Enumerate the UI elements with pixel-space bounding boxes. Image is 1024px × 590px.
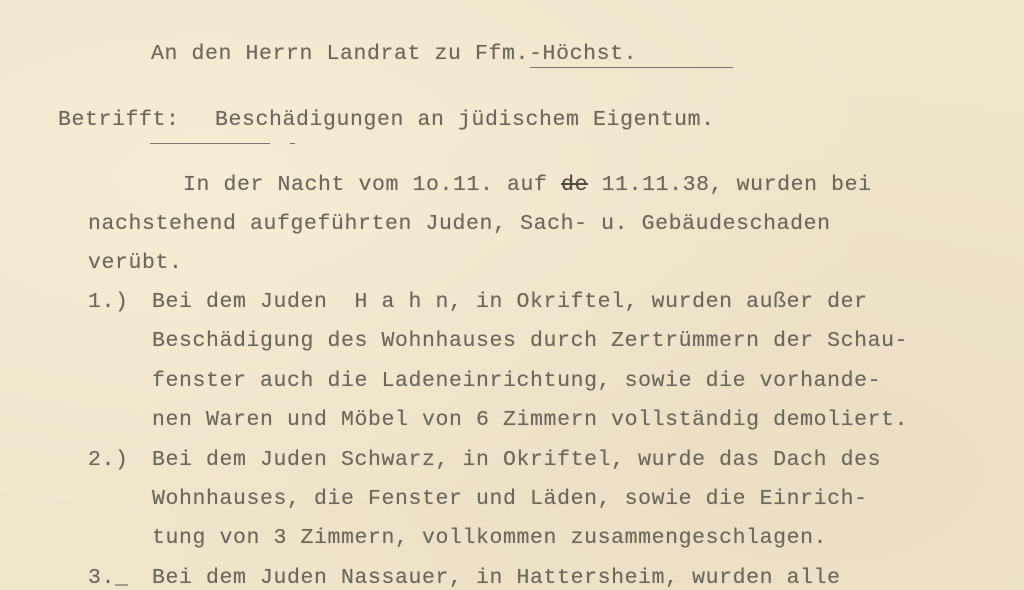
subject-text: Beschädigungen an jüdischem Eigentum. <box>215 106 715 134</box>
intro-line-1-start: In der Nacht vom 1o.11. auf <box>183 173 561 197</box>
subject-label: Betrifft: <box>58 106 180 134</box>
intro-line-3: verübt. <box>88 249 183 277</box>
item-1-line-3: fenster auch die Ladeneinrichtung, sowie… <box>152 367 881 395</box>
addressee-underline <box>530 67 733 68</box>
typewritten-letter-page: An den Herrn Landrat zu Ffm.-Höchst. Bet… <box>0 0 1024 590</box>
intro-line-1-end: 11.11.38, wurden bei <box>588 173 872 197</box>
struck-out-text: de <box>561 171 588 199</box>
item-1-line-1: Bei dem Juden H a h n, in Okriftel, wurd… <box>152 288 868 316</box>
subject-underline <box>150 143 270 144</box>
intro-line-2: nachstehend aufgeführten Juden, Sach- u.… <box>88 210 831 238</box>
subject-underline-tick <box>290 143 295 144</box>
addressee-line: An den Herrn Landrat zu Ffm.-Höchst. <box>151 40 637 68</box>
item-2-number: 2.) <box>88 446 129 474</box>
item-1-number: 1.) <box>88 288 129 316</box>
item-2-line-3: tung von 3 Zimmern, vollkommen zusammeng… <box>152 524 827 552</box>
item-1-line-2: Beschädigung des Wohnhauses durch Zertrü… <box>152 327 908 355</box>
intro-line-1: In der Nacht vom 1o.11. auf de 11.11.38,… <box>183 171 872 199</box>
item-3-line-1: Bei dem Juden Nassauer, in Hattersheim, … <box>152 564 841 590</box>
item-2-line-2: Wohnhauses, die Fenster und Läden, sowie… <box>152 485 868 513</box>
item-1-line-4: nen Waren und Möbel von 6 Zimmern vollst… <box>152 406 908 434</box>
item-3-number: 3._ <box>88 564 129 590</box>
item-2-line-1: Bei dem Juden Schwarz, in Okriftel, wurd… <box>152 446 881 474</box>
